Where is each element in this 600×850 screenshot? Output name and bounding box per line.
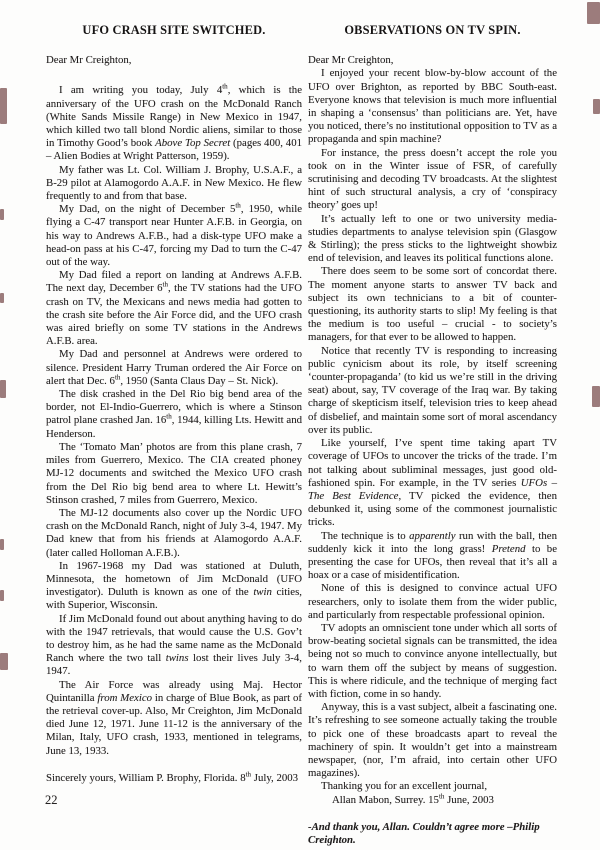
scan-artifact: [0, 88, 7, 124]
sig: Allan Mabon, Surrey. 15th June, 2003: [308, 794, 557, 807]
closing: Sincerely yours, William P. Brophy, Flor…: [46, 772, 302, 785]
scan-artifact: [0, 293, 4, 303]
scan-artifact: [0, 539, 4, 550]
salutation: Dear Mr Creighton,: [46, 54, 302, 67]
scan-artifact: [587, 2, 600, 24]
scan-artifact: [592, 386, 600, 407]
paragraph: The disk crashed in the Del Rio big bend…: [46, 388, 302, 441]
letter-title-right: OBSERVATIONS ON TV SPIN.: [308, 24, 557, 37]
note: -And thank you, Allan. Couldn’t agree mo…: [308, 821, 557, 847]
scan-artifact: [0, 209, 4, 220]
paragraph: My Dad filed a report on landing at Andr…: [46, 269, 302, 348]
paragraph: The technique is to apparently run with …: [308, 530, 557, 583]
scan-artifact: [0, 590, 4, 601]
paragraph: I am writing you today, July 4th, which …: [46, 84, 302, 163]
letter-column-left: UFO CRASH SITE SWITCHED. Dear Mr Creight…: [46, 24, 302, 785]
salutation: Dear Mr Creighton,: [308, 54, 557, 67]
paragraph: Anyway, this is a vast subject, albeit a…: [308, 701, 557, 780]
scanned-page: UFO CRASH SITE SWITCHED. Dear Mr Creight…: [0, 0, 600, 850]
paragraph: It’s actually left to one or two univers…: [308, 213, 557, 266]
paragraph: None of this is designed to convince act…: [308, 582, 557, 622]
scan-artifact: [593, 99, 600, 114]
paragraph: My Dad, on the night of December 5th, 19…: [46, 203, 302, 269]
paragraph: TV adopts an omniscient tone under which…: [308, 622, 557, 701]
letter-body-left: Dear Mr Creighton,I am writing you today…: [46, 54, 302, 785]
letter-column-right: OBSERVATIONS ON TV SPIN. Dear Mr Creight…: [308, 24, 557, 847]
paragraph: I enjoyed your recent blow-by-blow accou…: [308, 67, 557, 146]
paragraph: The MJ-12 documents also cover up the No…: [46, 507, 302, 560]
paragraph: There does seem to be some sort of conco…: [308, 265, 557, 344]
paragraph: The ‘Tomato Man’ photos are from this pl…: [46, 441, 302, 507]
paragraph: The Air Force was already using Maj. Hec…: [46, 679, 302, 758]
paragraph: Thanking you for an excellent journal,: [308, 780, 557, 793]
paragraph: Notice that recently TV is responding to…: [308, 345, 557, 437]
letter-body-right: Dear Mr Creighton,I enjoyed your recent …: [308, 54, 557, 847]
paragraph: My father was Lt. Col. William J. Brophy…: [46, 164, 302, 204]
paragraph: For instance, the press doesn’t accept t…: [308, 147, 557, 213]
scan-artifact: [0, 653, 8, 670]
paragraph: My Dad and personnel at Andrews were ord…: [46, 348, 302, 388]
page-number: 22: [45, 793, 58, 808]
scan-artifact: [0, 380, 6, 398]
paragraph: If Jim McDonald found out about anything…: [46, 613, 302, 679]
paragraph: Like yourself, I’ve spent time taking ap…: [308, 437, 557, 529]
letter-title-left: UFO CRASH SITE SWITCHED.: [46, 24, 302, 37]
paragraph: In 1967-1968 my Dad was stationed at Dul…: [46, 560, 302, 613]
